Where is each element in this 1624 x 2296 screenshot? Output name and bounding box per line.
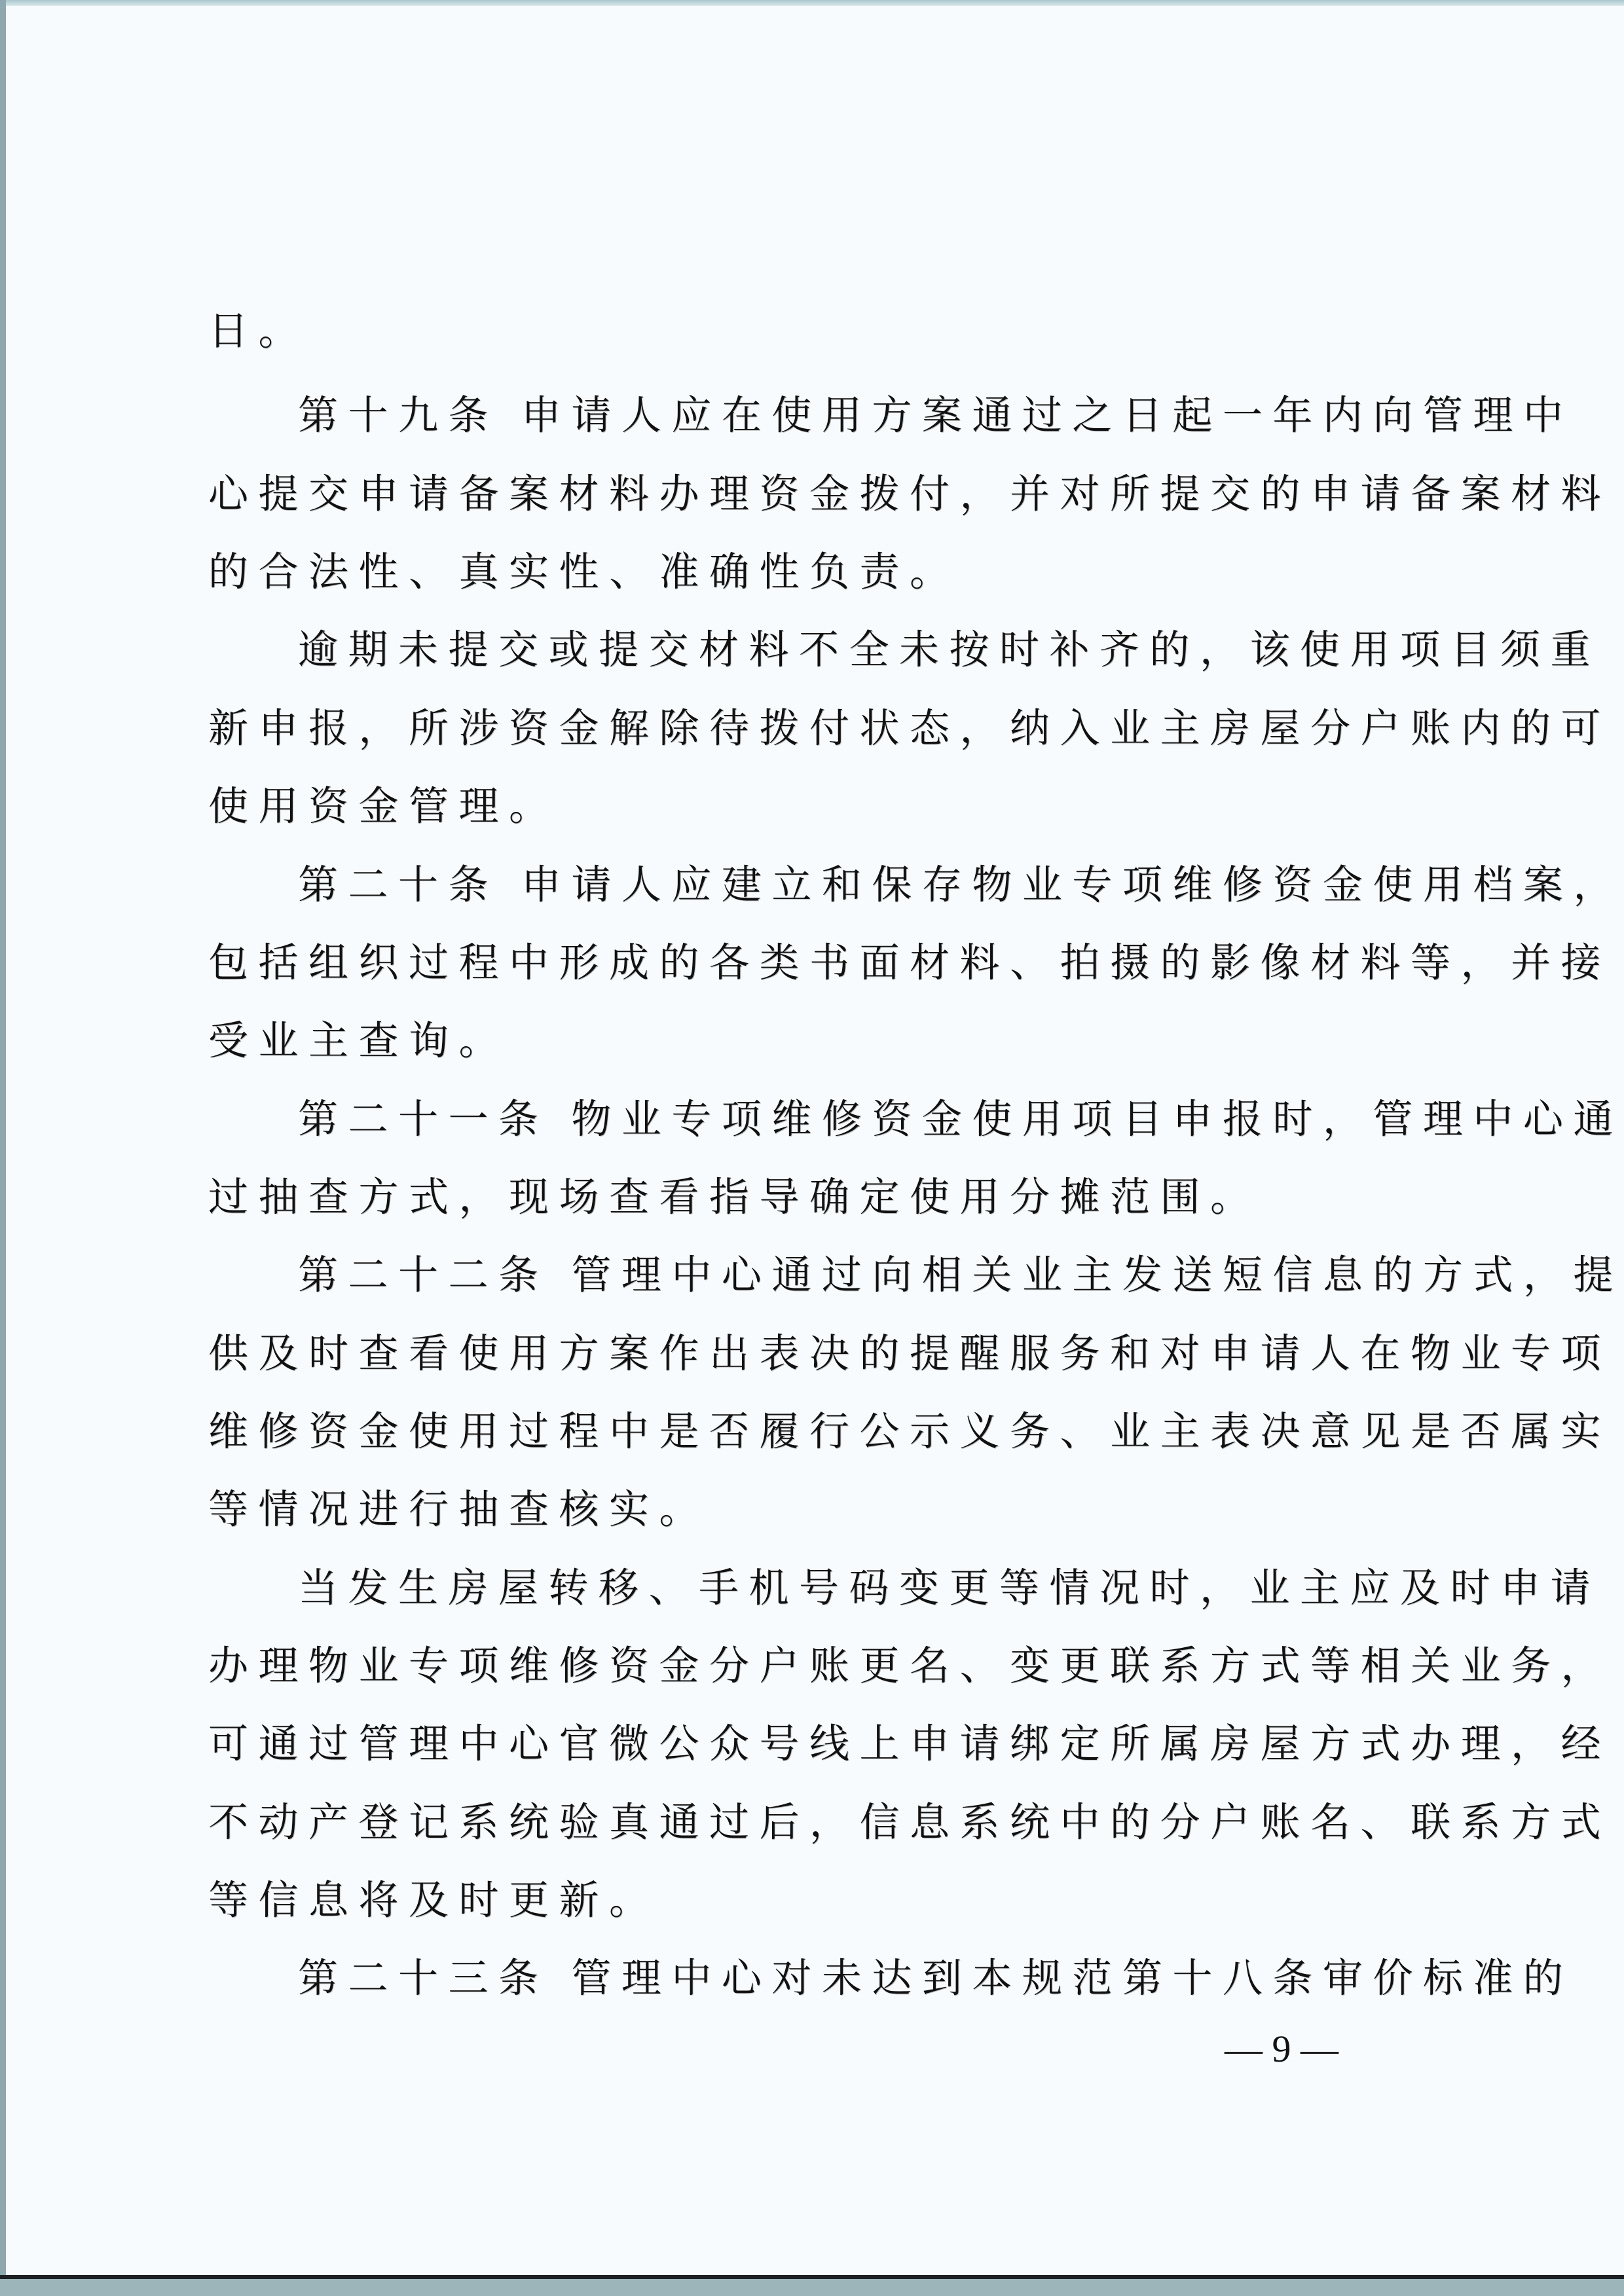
text-line: 供及时查看使用方案作出表决的提醒服务和对申请人在物业专项 (208, 1329, 1611, 1379)
text-line: 过抽查方式，现场查看指导确定使用分摊范围。 (208, 1173, 1261, 1222)
text-line: 第二十条 申请人应建立和保存物业专项维修资金使用档案， (298, 860, 1623, 910)
text-line: 包括组织过程中形成的各类书面材料、拍摄的影像材料等，并接 (208, 938, 1611, 988)
page-number: — 9 — (1225, 2026, 1338, 2072)
scan-edge-bottom (0, 2279, 1624, 2296)
text-line: 使用资金管理。 (208, 782, 559, 831)
text-line: 可通过管理中心官微公众号线上申请绑定所属房屋方式办理，经 (208, 1719, 1611, 1769)
scan-edge-left (0, 0, 6, 2296)
text-line: 办理物业专项维修资金分户账更名、变更联系方式等相关业务， (208, 1641, 1611, 1691)
text-line: 当发生房屋转移、手机号码变更等情况时，业主应及时申请 (298, 1563, 1600, 1613)
text-line: 等情况进行抽查核实。 (208, 1485, 709, 1535)
text-line: 第二十三条 管理中心对未达到本规范第十八条审价标准的 (298, 1954, 1573, 2003)
text-line: 日。 (208, 306, 308, 356)
text-line: 等信息将及时更新。 (208, 1876, 659, 1925)
text-line: 的合法性、真实性、准确性负责。 (208, 547, 960, 597)
text-line: 第十九条 申请人应在使用方案通过之日起一年内向管理中 (298, 391, 1573, 441)
text-line: 不动产登记系统验真通过后，信息系统中的分户账名、联系方式 (208, 1798, 1611, 1848)
text-line: 第二十二条 管理中心通过向相关业主发送短信息的方式，提 (298, 1250, 1623, 1300)
text-line: 新申报，所涉资金解除待拨付状态，纳入业主房屋分户账内的可 (208, 704, 1611, 754)
text-line: 心提交申请备案材料办理资金拨付，并对所提交的申请备案材料 (208, 469, 1611, 519)
text-line: 逾期未提交或提交材料不全未按时补齐的，该使用项目须重 (298, 625, 1600, 675)
text-line: 受业主查询。 (208, 1016, 509, 1066)
text-line: 第二十一条 物业专项维修资金使用项目申报时，管理中心通 (298, 1095, 1623, 1144)
text-line: 维修资金使用过程中是否履行公示义务、业主表决意见是否属实 (208, 1407, 1611, 1457)
scan-edge-top (0, 0, 1624, 6)
